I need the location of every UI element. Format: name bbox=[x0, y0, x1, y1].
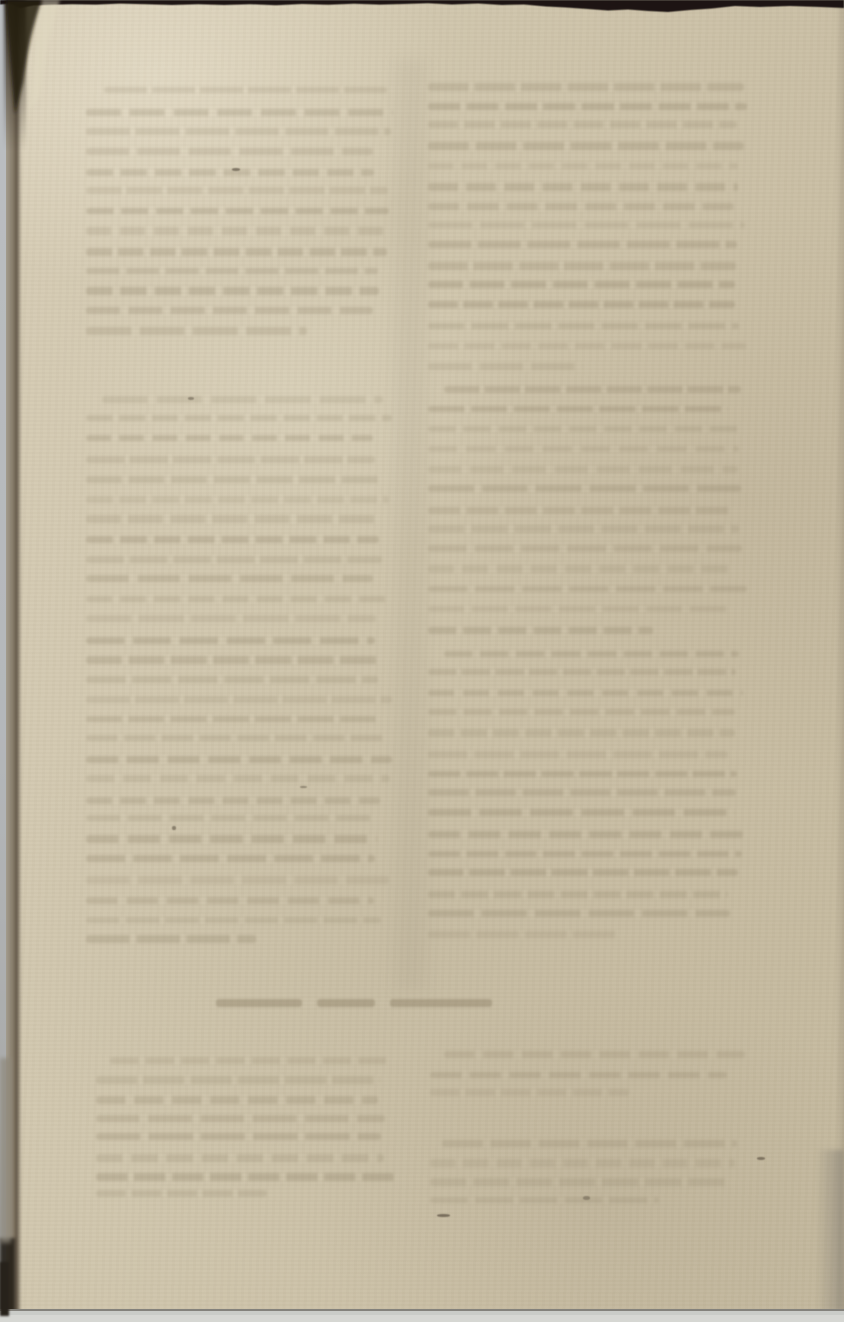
faded-text-line bbox=[86, 287, 379, 295]
faded-text-line bbox=[86, 515, 379, 523]
faded-text-line bbox=[86, 148, 373, 155]
faded-text-line bbox=[86, 415, 392, 421]
faded-text-line bbox=[430, 1197, 659, 1203]
faded-text-line bbox=[428, 446, 739, 452]
page-left-edge-shadow bbox=[11, 0, 22, 1311]
ink-speck bbox=[232, 168, 240, 171]
faded-text-line bbox=[86, 128, 391, 134]
faded-text-line bbox=[428, 466, 738, 473]
faded-text-line bbox=[86, 716, 382, 722]
faded-text-line bbox=[86, 476, 382, 483]
faded-text-line bbox=[428, 281, 735, 288]
faded-text-line bbox=[86, 435, 373, 441]
faded-text-line bbox=[96, 1133, 381, 1139]
faded-text-line bbox=[86, 696, 392, 702]
right-edge-shade bbox=[835, 0, 844, 1311]
faded-text-line bbox=[428, 121, 737, 128]
faded-text-line bbox=[428, 751, 728, 758]
faded-text-line bbox=[86, 556, 382, 564]
faded-text-line bbox=[96, 1096, 378, 1104]
faded-text-line bbox=[428, 525, 739, 533]
faded-text-line bbox=[86, 248, 387, 256]
faded-text-line bbox=[430, 1159, 735, 1167]
faded-text-line bbox=[428, 606, 731, 612]
faded-text-line bbox=[86, 496, 389, 503]
faded-text-line bbox=[444, 651, 739, 657]
faded-text-line bbox=[104, 87, 387, 93]
faded-text-line bbox=[428, 507, 733, 515]
top-left-fold-shadow bbox=[0, 0, 70, 130]
faded-text-line bbox=[428, 163, 738, 169]
faded-text-line bbox=[86, 735, 387, 741]
faded-text-line bbox=[86, 876, 389, 884]
ink-speck bbox=[172, 826, 176, 830]
faded-text-line bbox=[86, 268, 378, 274]
faded-text-line bbox=[428, 627, 653, 635]
faded-text-line bbox=[86, 307, 373, 313]
faded-text-line bbox=[428, 203, 734, 211]
faded-text-line bbox=[428, 545, 742, 551]
ink-speck bbox=[437, 1214, 450, 1217]
faded-text-line bbox=[86, 575, 373, 582]
faded-text-line bbox=[86, 109, 393, 116]
faded-text-line bbox=[442, 1140, 737, 1147]
ink-speck bbox=[757, 1157, 765, 1160]
faded-text-line bbox=[428, 709, 735, 715]
ink-speck bbox=[300, 786, 307, 788]
left-gray-blotch bbox=[0, 1058, 11, 1243]
faded-text-line bbox=[86, 227, 390, 235]
faded-text-line bbox=[96, 1173, 395, 1181]
faded-text-line bbox=[428, 565, 733, 573]
faded-text-region bbox=[0, 0, 844, 1322]
faded-text-line bbox=[96, 1154, 384, 1162]
faded-text-line bbox=[86, 775, 390, 782]
ink-speck bbox=[188, 397, 194, 400]
faded-text-line bbox=[428, 809, 735, 816]
faded-text-line bbox=[86, 656, 381, 664]
faded-text-line bbox=[428, 690, 743, 697]
faded-text-line bbox=[428, 83, 744, 91]
faded-text-line bbox=[86, 187, 388, 194]
faded-text-line bbox=[428, 910, 730, 917]
faded-text-line bbox=[86, 536, 379, 542]
scanner-bed-bottom-strip bbox=[0, 1309, 844, 1322]
faded-text-line bbox=[86, 935, 256, 943]
faded-text-line bbox=[428, 142, 744, 150]
heading-word bbox=[390, 999, 492, 1007]
faded-text-line bbox=[428, 323, 739, 329]
faded-text-line bbox=[86, 917, 381, 923]
faded-text-line bbox=[428, 262, 736, 270]
faded-text-line bbox=[428, 363, 583, 370]
faded-text-line bbox=[86, 855, 375, 861]
faded-text-line bbox=[430, 1089, 629, 1096]
ink-speck bbox=[583, 1196, 590, 1200]
faded-text-line bbox=[428, 586, 747, 592]
faded-text-line bbox=[444, 1051, 745, 1057]
torn-top-edge bbox=[0, 0, 844, 18]
faded-text-line bbox=[86, 897, 374, 904]
faded-text-line bbox=[428, 669, 736, 675]
faded-text-line bbox=[428, 241, 737, 248]
faded-text-line bbox=[86, 815, 375, 821]
faded-text-line bbox=[428, 103, 747, 110]
faded-text-line bbox=[86, 169, 374, 176]
faded-text-line bbox=[102, 396, 383, 402]
faded-text-line bbox=[86, 327, 307, 334]
faded-text-line bbox=[86, 208, 389, 214]
faded-text-line bbox=[428, 831, 744, 838]
faded-text-line bbox=[428, 426, 740, 432]
faded-text-line bbox=[428, 485, 741, 492]
faded-text-line bbox=[428, 789, 736, 796]
faded-text-line bbox=[428, 869, 738, 876]
bottom-left-dark-mark bbox=[0, 1262, 9, 1316]
faded-text-line bbox=[86, 637, 375, 645]
scanned-page bbox=[0, 0, 844, 1322]
faded-text-line bbox=[430, 1072, 727, 1078]
faded-text-line bbox=[110, 1057, 389, 1064]
faded-text-line bbox=[428, 729, 735, 736]
faded-text-line bbox=[96, 1076, 380, 1084]
faded-text-line bbox=[428, 183, 738, 191]
heading-word bbox=[317, 999, 375, 1007]
faded-text-line bbox=[86, 596, 393, 603]
faded-text-line bbox=[96, 1190, 267, 1197]
faded-text-line bbox=[86, 756, 392, 763]
faded-text-line bbox=[428, 406, 728, 412]
faded-text-line bbox=[86, 615, 376, 622]
faded-text-line bbox=[428, 931, 617, 937]
faded-text-line bbox=[428, 343, 746, 349]
faded-text-line bbox=[428, 222, 745, 228]
faded-text-line bbox=[430, 1178, 729, 1186]
faded-text-line bbox=[428, 851, 742, 857]
faded-text-line bbox=[428, 771, 737, 777]
faded-text-line bbox=[86, 676, 378, 683]
faded-text-line bbox=[96, 1115, 385, 1122]
faded-text-line bbox=[86, 835, 377, 842]
faded-text-line bbox=[428, 891, 728, 898]
faded-text-line bbox=[86, 797, 380, 804]
heading-word bbox=[216, 999, 302, 1007]
bottom-right-corner-shade bbox=[816, 1150, 844, 1311]
faded-text-line bbox=[428, 301, 735, 308]
faded-text-line bbox=[444, 386, 741, 393]
faded-text-line bbox=[86, 456, 375, 463]
